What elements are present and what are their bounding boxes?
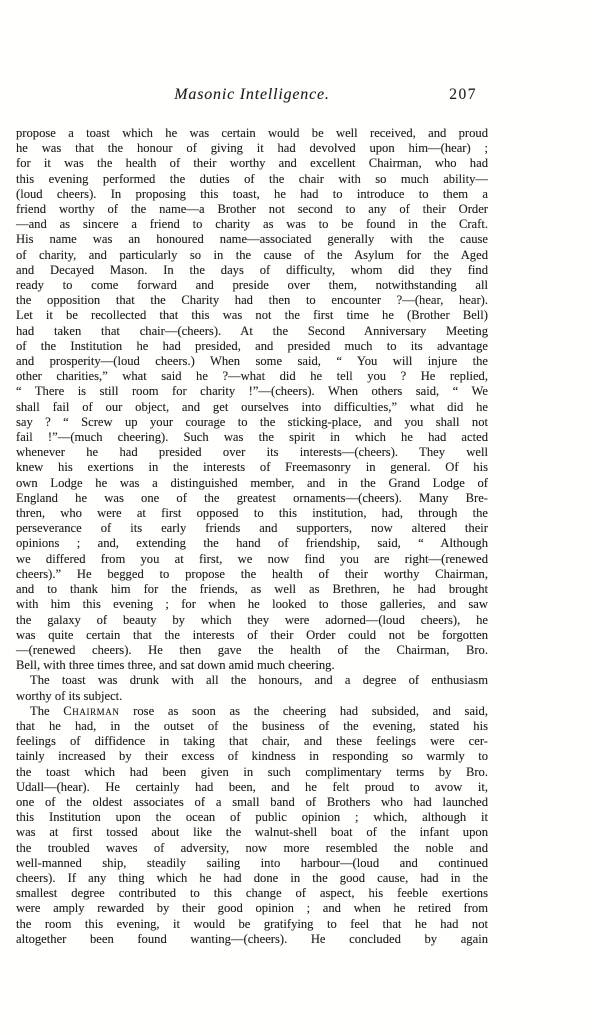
text-line: we differed from you at first, we now fi… (16, 552, 488, 567)
text-line: shall fail of our object, and get oursel… (16, 400, 488, 415)
text-line: other charities,” what said he ?—what di… (16, 369, 488, 384)
page-title: Masonic Intelligence. (16, 86, 488, 104)
text-line: well-manned ship, steadily sailing into … (16, 856, 488, 871)
smallcaps-text: Chairman (63, 704, 119, 718)
text-line: one of the oldest associates of a small … (16, 795, 488, 810)
journal-page: Masonic Intelligence. 207 propose a toas… (0, 0, 592, 1035)
text-line: propose a toast which he was certain wou… (16, 126, 488, 141)
text-line: the troubled waves of adversity, now mor… (16, 841, 488, 856)
text-line: friend worthy of the name—a Brother not … (16, 202, 488, 217)
running-header: Masonic Intelligence. 207 (16, 86, 488, 108)
text-line: thren, who were at first opposed to this… (16, 506, 488, 521)
text-line: smallest degree contributed to this chan… (16, 886, 488, 901)
text-line: of charity, and particularly so in the c… (16, 248, 488, 263)
text-line: and Decayed Mason. In the days of diffic… (16, 263, 488, 278)
text-line: this Institution upon the ocean of publi… (16, 810, 488, 825)
text-segment: rose as soon as the cheering had subside… (119, 704, 488, 718)
text-line: this evening performed the duties of the… (16, 172, 488, 187)
text-line: “ There is still room for charity !”—(ch… (16, 384, 488, 399)
text-line: with him this evening ; for when he look… (16, 597, 488, 612)
text-line: England he was one of the greatest ornam… (16, 491, 488, 506)
text-line: —and as sincere a friend to charity as w… (16, 217, 488, 232)
text-line: feelings of diffidence in taking that ch… (16, 734, 488, 749)
text-segment: The (30, 704, 63, 718)
text-line: the toast which had been given in such c… (16, 765, 488, 780)
text-line: had taken that chair—(cheers). At the Se… (16, 324, 488, 339)
text-line: perseverance of its early friends and su… (16, 521, 488, 536)
text-line: ready to come forward and preside over t… (16, 278, 488, 293)
text-line: cheers). If any thing which he had done … (16, 871, 488, 886)
text-line: worthy of its subject. (16, 689, 488, 704)
text-line: The toast was drunk with all the honours… (16, 673, 488, 688)
text-line: opinions ; and, extending the hand of fr… (16, 536, 488, 551)
text-line: Bell, with three times three, and sat do… (16, 658, 488, 673)
text-line: for it was the health of their worthy an… (16, 156, 488, 171)
text-line: of the Institution he had presided, and … (16, 339, 488, 354)
text-line: cheers).” He begged to propose the healt… (16, 567, 488, 582)
text-line: tainly increased by their excess of kind… (16, 749, 488, 764)
text-line: was at first tossed about like the walnu… (16, 825, 488, 840)
text-line: whenever he had presided over its intere… (16, 445, 488, 460)
text-line: were amply rewarded by their good opinio… (16, 901, 488, 916)
text-line: His name was an honoured name—associated… (16, 232, 488, 247)
text-line: and prosperity—(loud cheers.) When some … (16, 354, 488, 369)
text-line: —(renewed cheers). He then gave the heal… (16, 643, 488, 658)
page-number: 207 (449, 86, 477, 104)
text-line: he was that the honour of giving it had … (16, 141, 488, 156)
paragraph: propose a toast which he was certain wou… (16, 126, 488, 673)
text-line: (loud cheers). In proposing this toast, … (16, 187, 488, 202)
text-line: was quite certain that the interests of … (16, 628, 488, 643)
paragraph: The toast was drunk with all the honours… (16, 673, 488, 703)
text-line: the opposition that the Charity had then… (16, 293, 488, 308)
text-line: The Chairman rose as soon as the cheerin… (16, 704, 488, 719)
text-line: say ? “ Screw up your courage to the sti… (16, 415, 488, 430)
text-line: knew his exertions in the interests of F… (16, 460, 488, 475)
text-line: and to thank him for the friends, as wel… (16, 582, 488, 597)
text-line: Let it be recollected that this was not … (16, 308, 488, 323)
text-line: own Lodge he was a distinguished member,… (16, 476, 488, 491)
text-line: Udall—(hear). He certainly had been, and… (16, 780, 488, 795)
text-line: that he had, in the outset of the busine… (16, 719, 488, 734)
paragraph: The Chairman rose as soon as the cheerin… (16, 704, 488, 947)
text-line: fail !”—(much cheering). Such was the sp… (16, 430, 488, 445)
text-line: altogether been found wanting—(cheers). … (16, 932, 488, 947)
text-line: the room this evening, it would be grati… (16, 917, 488, 932)
page-text: propose a toast which he was certain wou… (16, 126, 488, 947)
text-line: the galaxy of beauty by which they were … (16, 613, 488, 628)
